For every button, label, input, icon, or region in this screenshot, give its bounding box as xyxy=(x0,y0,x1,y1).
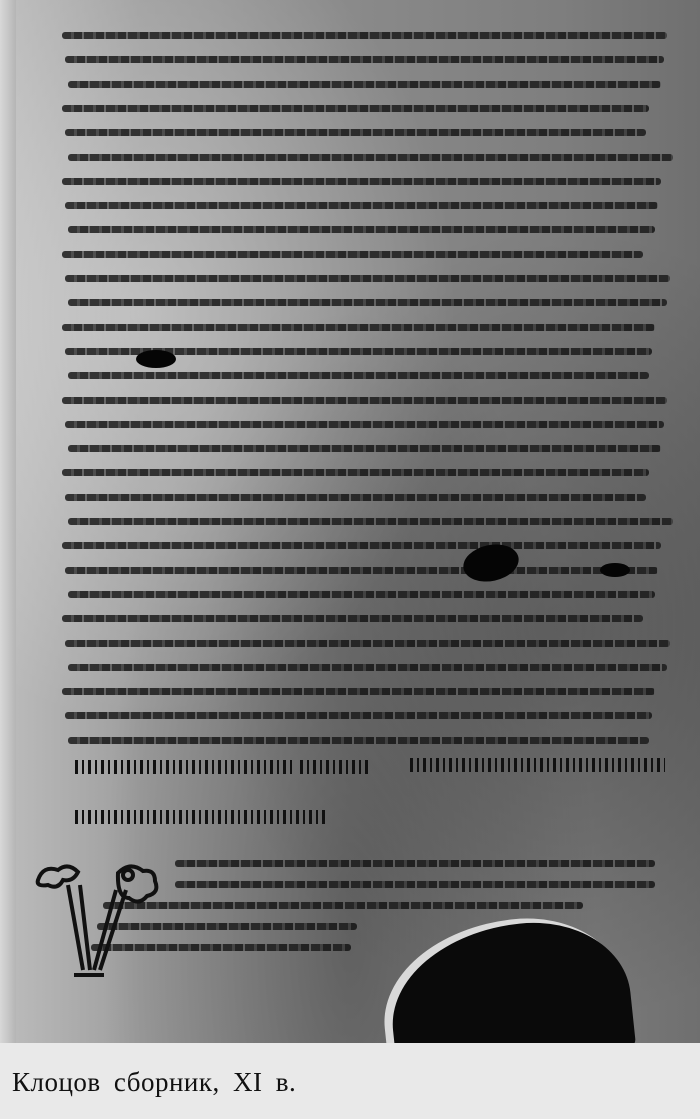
text-line xyxy=(62,32,667,39)
text-line xyxy=(62,251,643,258)
page-edge xyxy=(0,0,16,1043)
text-line xyxy=(103,902,583,909)
text-line xyxy=(65,202,658,209)
text-line xyxy=(62,615,643,622)
text-line xyxy=(65,275,670,282)
text-line xyxy=(175,881,655,888)
dark-stain xyxy=(383,913,636,1043)
text-line xyxy=(62,397,667,404)
text-line xyxy=(68,518,673,525)
script-heading-line-2 xyxy=(75,810,325,824)
text-line xyxy=(65,567,658,574)
text-line xyxy=(68,372,649,379)
text-line xyxy=(65,421,664,428)
text-line xyxy=(68,737,649,744)
text-line xyxy=(65,640,670,647)
hole-mark xyxy=(600,563,630,577)
script-heading-line-1c xyxy=(410,758,665,772)
text-line xyxy=(65,56,664,63)
manuscript-photo xyxy=(0,0,700,1043)
text-line xyxy=(175,860,655,867)
text-line xyxy=(62,105,649,112)
text-line xyxy=(65,129,646,136)
text-line xyxy=(62,542,661,549)
text-line xyxy=(68,299,667,306)
text-line xyxy=(65,494,646,501)
text-line xyxy=(62,688,655,695)
text-line xyxy=(65,712,652,719)
text-line xyxy=(68,591,655,598)
text-line xyxy=(68,81,661,88)
initial-letter-ornament xyxy=(28,855,168,985)
text-line xyxy=(62,324,655,331)
text-line xyxy=(62,178,661,185)
script-heading-line-1b xyxy=(300,760,370,774)
text-line xyxy=(68,154,673,161)
text-line xyxy=(68,445,661,452)
script-heading-line-1 xyxy=(75,760,295,774)
text-line xyxy=(68,664,667,671)
text-line xyxy=(62,469,649,476)
figure-caption: Клоцов сборник, XI в. xyxy=(12,1067,296,1098)
hole-mark xyxy=(136,350,176,368)
text-line xyxy=(68,226,655,233)
